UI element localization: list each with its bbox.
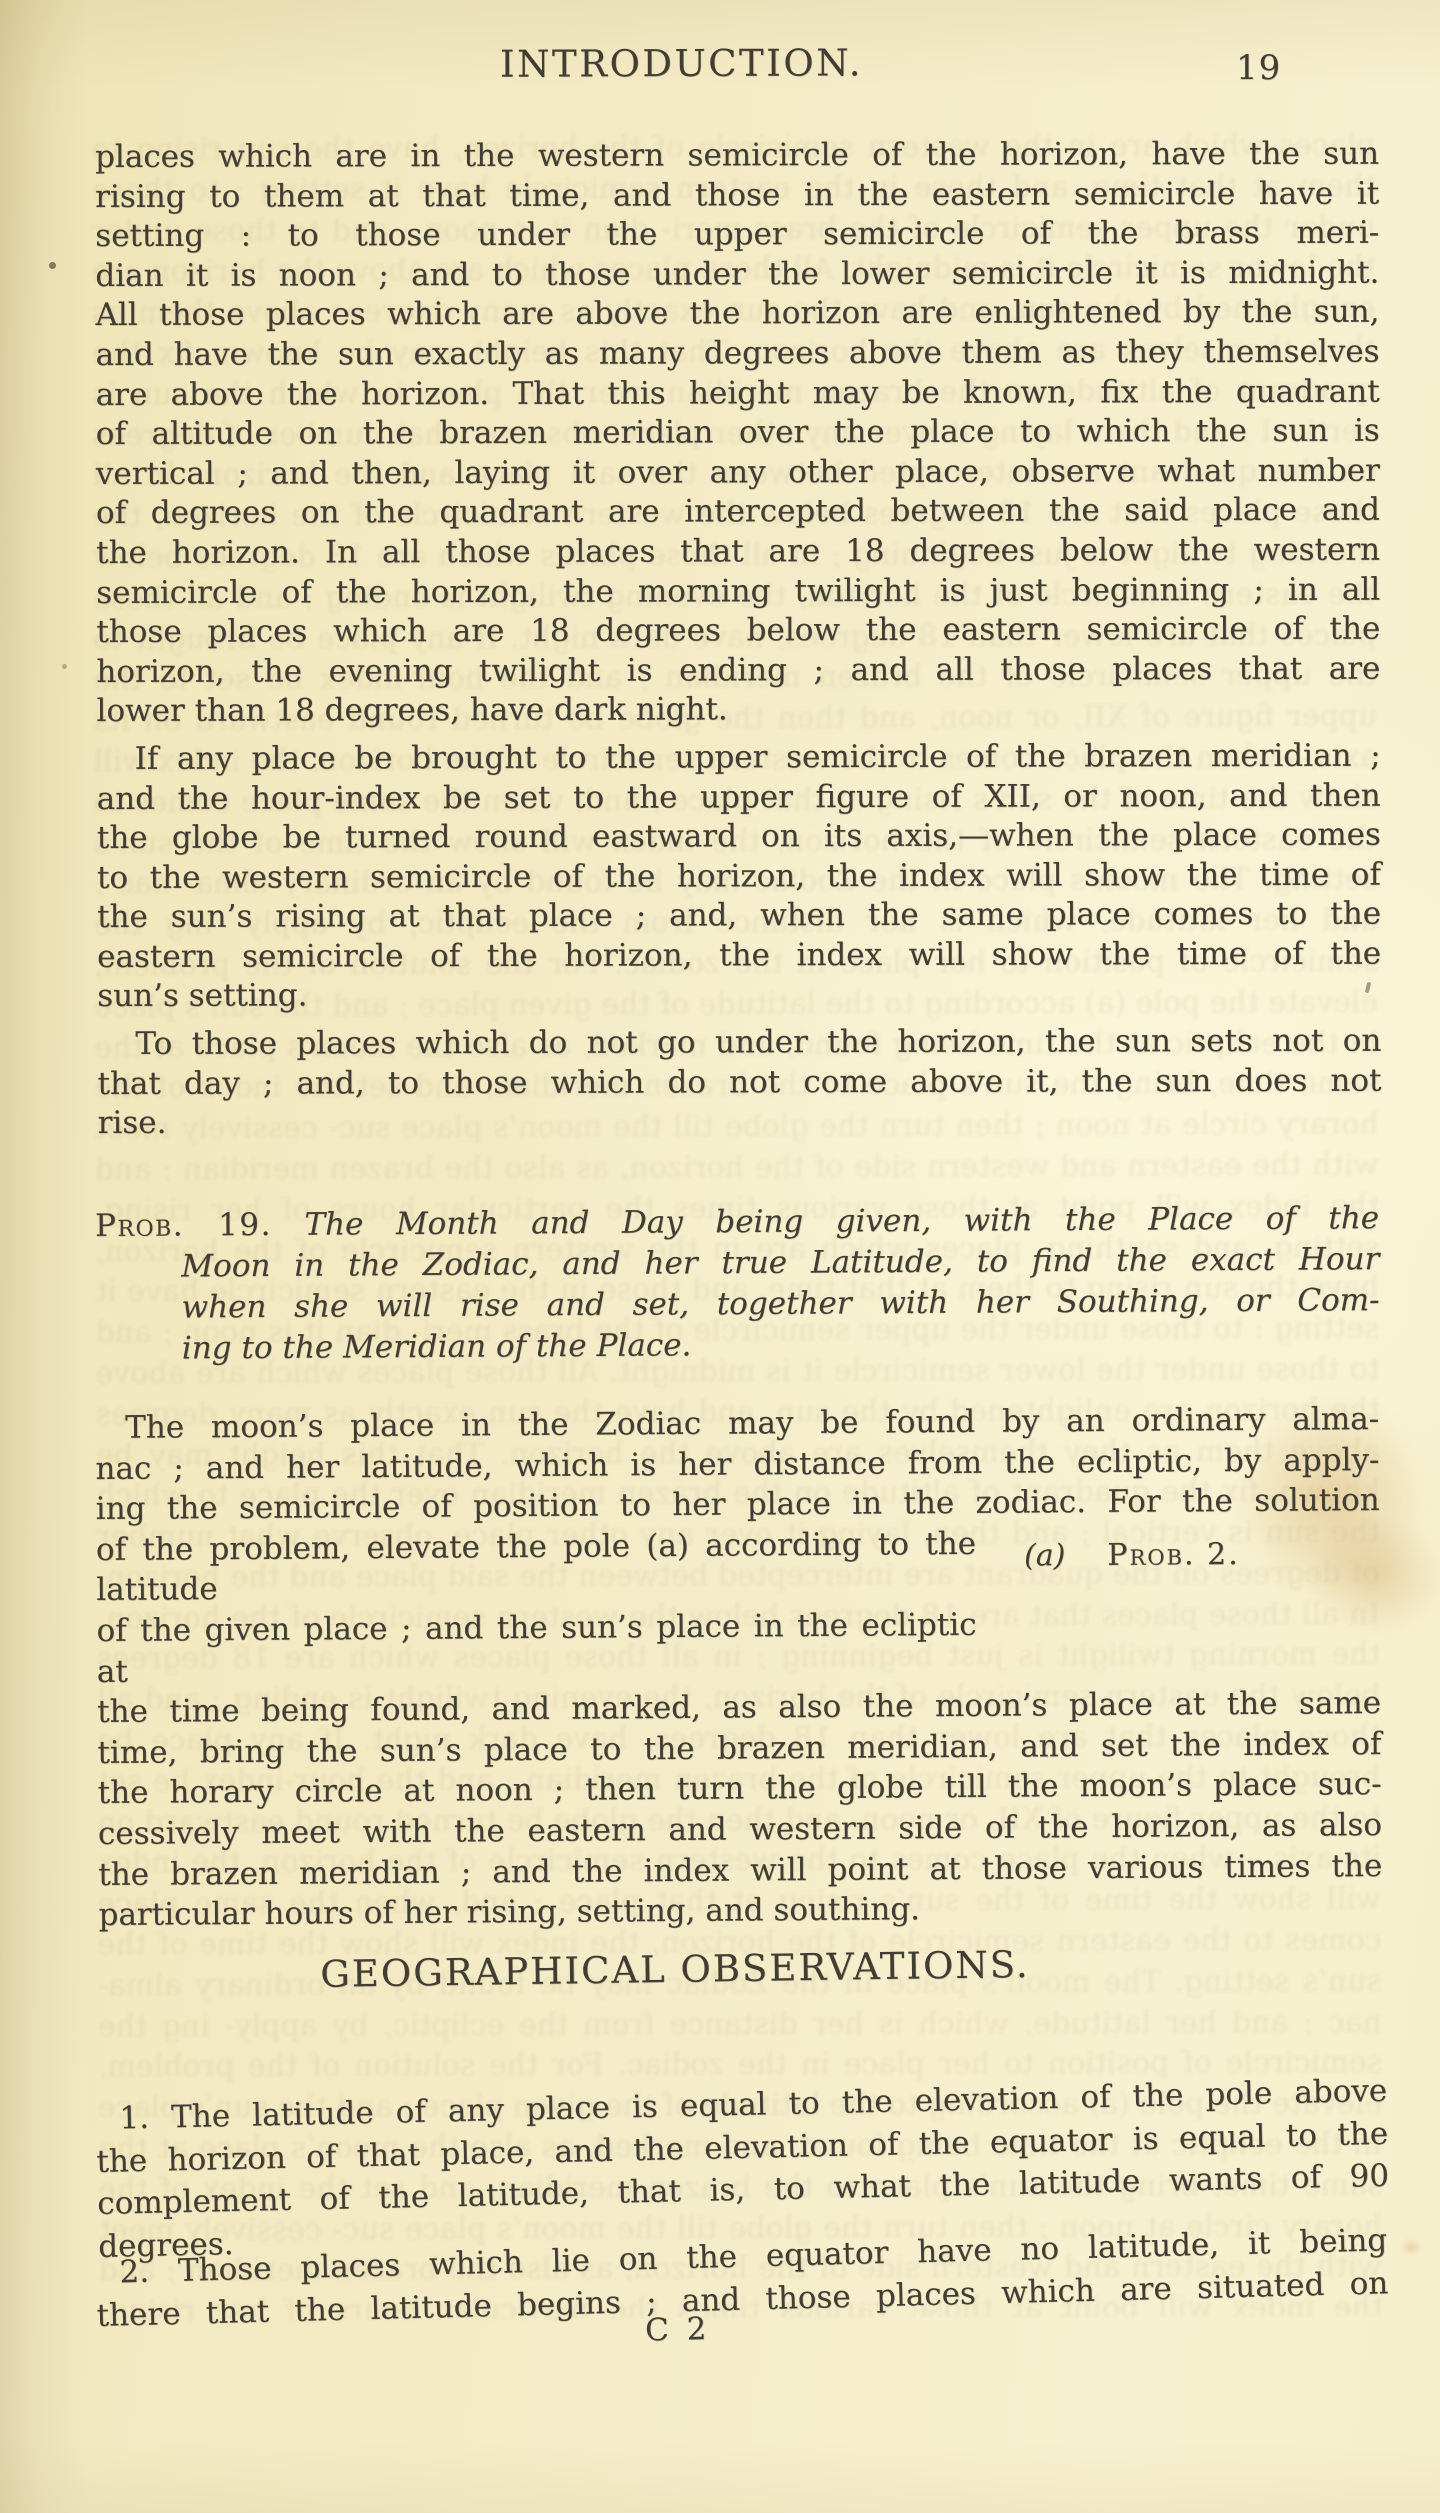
text-line: are above the horizon. That this height … (96, 372, 1380, 415)
text-line: rise. (98, 1101, 1382, 1144)
text-line: of the given place ; and the sun’s place… (96, 1605, 977, 1692)
text-line: the horizon. In all those places that ar… (96, 531, 1380, 574)
text-line: particular hours of her rising, setting,… (98, 1886, 1382, 1936)
marginal-note-text: Prob. 2. (1107, 1537, 1240, 1573)
paragraph-continuation: places which are in the western semicirc… (95, 135, 1381, 732)
body-text: places which are in the western semicirc… (95, 135, 1382, 1144)
text-line: To those places which do not go under th… (97, 1022, 1381, 1065)
text-line: the globe be turned round eastward on it… (97, 816, 1381, 859)
paragraph-sun-sets: To those places which do not go under th… (97, 1022, 1381, 1144)
text-line: horizon, the evening twilight is ending … (96, 649, 1380, 692)
book-page: places which are in the western semicirc… (0, 0, 1440, 2513)
section-heading: GEOGRAPHICAL OBSERVATIONS. (95, 1940, 1255, 1999)
text-line: rising to them at that time, and those i… (95, 174, 1379, 217)
ink-speck (49, 262, 56, 269)
text-line: All those places which are above the hor… (95, 293, 1379, 336)
text-line: of the problem, elevate the pole (a) acc… (96, 1524, 977, 1611)
text-line: eastern semicircle of the horizon, the i… (97, 935, 1381, 978)
text-line: places which are in the western semicirc… (95, 135, 1379, 178)
foxing-spot (1398, 2238, 1424, 2256)
problem-title-text: The Month and Day being given, with the … (304, 1200, 1379, 1243)
moon-paragraph-lines: The moon’s place in the Zodiac may be fo… (95, 1399, 1383, 1936)
text-line: and have the sun exactly as many degrees… (96, 333, 1380, 376)
text-line: lower than 18 degrees, have dark night. (96, 689, 1380, 732)
text-line: the sun’s rising at that place ; and, wh… (97, 895, 1381, 938)
problem-heading-line: ing to the Meridian of the Place. (96, 1321, 1380, 1370)
page-number: 19 (1236, 48, 1281, 88)
text-line: of altitude on the brazen meridian over … (96, 412, 1380, 455)
problem-19-heading: Prob. 19. The Month and Day being given,… (95, 1198, 1380, 1370)
text-line: that day ; and, to those which do not co… (97, 1061, 1381, 1104)
marginal-note-ref: (a) (1024, 1538, 1066, 1573)
problem-label: Prob. 19. (95, 1207, 272, 1244)
running-title: INTRODUCTION. (500, 41, 863, 85)
marginal-note: (a)Prob. 2. (1024, 1537, 1380, 1573)
ink-speck (62, 664, 67, 669)
paragraph-moon-place: The moon’s place in the Zodiac may be fo… (95, 1399, 1383, 1936)
text-line: semicircle of the horizon, the morning t… (96, 570, 1380, 613)
text-line: setting : to those under the upper semic… (95, 214, 1379, 257)
text-line: ing the semicircle of position to her pl… (96, 1480, 1380, 1530)
text-line: dian it is noon ; and to those under the… (95, 253, 1379, 296)
problem-heading-line: when she will rise and set, together wit… (96, 1280, 1380, 1329)
text-line: and the hour-index be set to the upper f… (97, 776, 1381, 819)
text-line: If any place be brought to the upper sem… (97, 737, 1381, 780)
text-line: vertical ; and then, laying it over any … (96, 451, 1380, 494)
text-line: of degrees on the quadrant are intercept… (96, 491, 1380, 534)
paragraph-hour-index: If any place be brought to the upper sem… (97, 737, 1382, 1018)
text-line: those places which are 18 degrees below … (96, 610, 1380, 653)
text-line: to the western semicircle of the horizon… (97, 855, 1381, 898)
text-line: sun’s setting. (97, 974, 1381, 1017)
